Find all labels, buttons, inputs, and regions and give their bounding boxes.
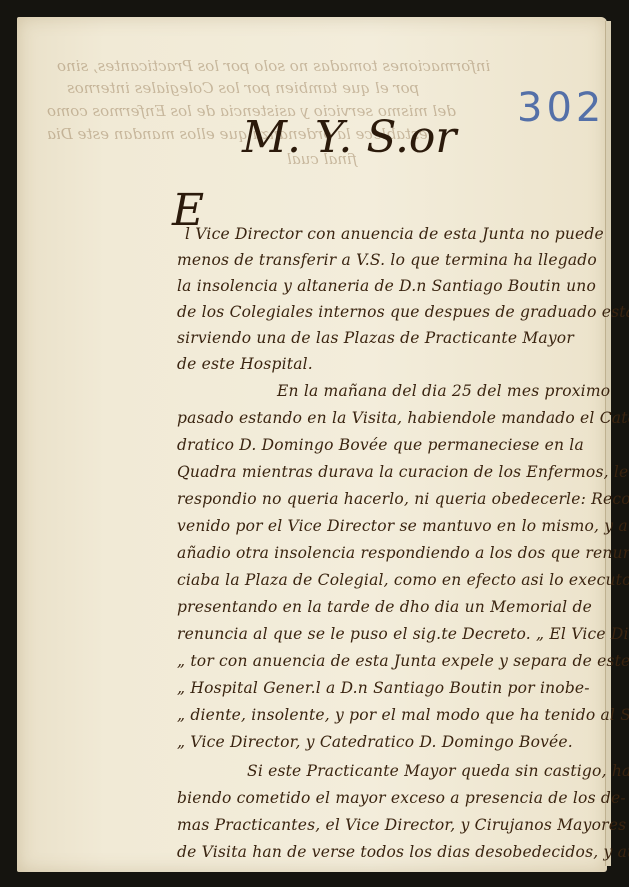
text-line: biendo cometido el mayor exceso a presen… [177,789,626,807]
page-edge [605,21,611,866]
text-line: de Visita han de verse todos los dias de… [177,843,629,861]
text-line: de los Colegiales internos que despues d… [177,303,629,321]
text-line: pasado estando en la Visita, habiendole … [177,409,629,427]
text-line: sirviendo una de las Plazas de Practican… [177,329,574,347]
text-line: En la mañana del dia 25 del mes proximo [277,382,610,400]
manuscript-page: informaciones tomadas no solo por los Pr… [17,17,607,872]
text-line: respondio no queria hacerlo, ni queria o… [177,490,629,508]
text-line: Si este Practicante Mayor queda sin cast… [247,762,629,780]
text-line: „ diente, insolente, y por el mal modo q… [177,706,629,724]
text-line: l Vice Director con anuencia de esta Jun… [185,225,604,243]
text-line: renuncia al que se le puso el sig.te Dec… [177,625,629,643]
text-line: ciaba la Plaza de Colegial, como en efec… [177,571,629,589]
text-line: menos de transferir a V.S. lo que termin… [177,251,597,269]
folio-number: 302 [517,85,605,131]
text-line: de este Hospital. [177,355,313,373]
text-line: mas Practicantes, el Vice Director, y Ci… [177,816,626,834]
text-line: presentando en la tarde de dho dia un Me… [177,598,592,616]
bleed-through-line: por el que tambien por los Colegiales in… [67,79,419,97]
text-line: añadio otra insolencia respondiendo a lo… [177,544,629,562]
text-line: dratico D. Domingo Bovée que permanecies… [177,436,584,454]
text-line: la insolencia y altaneria de D.n Santiag… [177,277,596,295]
text-line: „ Hospital Gener.l a D.n Santiago Boutin… [177,679,590,697]
text-line: „ Vice Director, y Catedratico D. Doming… [177,733,573,751]
bleed-through-line: informaciones tomadas no solo por los Pr… [57,57,490,75]
text-line: Quadra mientras durava la curacion de lo… [177,463,628,481]
text-line: venido por el Vice Director se mantuvo e… [177,517,629,535]
salutation-heading: M. Y. S.or [242,112,456,163]
text-line: „ tor con anuencia de esta Junta expele … [177,652,629,670]
